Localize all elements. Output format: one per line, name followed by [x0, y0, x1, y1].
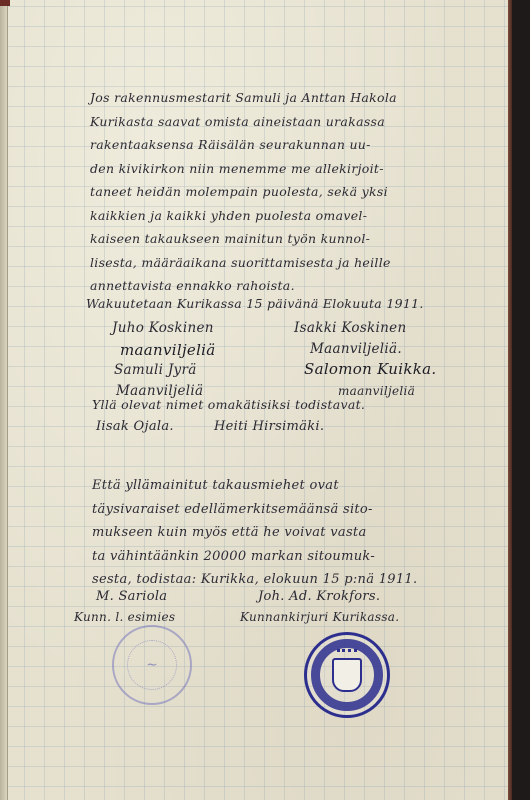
text-line: lisesta, määräaikana suorittamisesta ja … [90, 251, 397, 275]
signature-title: maanviljeliä [120, 341, 216, 359]
municipal-seal-stamp [304, 632, 390, 718]
text-line: Jos rakennusmestarit Samuli ja Anttan Ha… [90, 86, 397, 110]
text-line: mukseen kuin myös että he voivat vasta [92, 521, 417, 545]
official-signature-title: Kunn. l. esimies [74, 610, 175, 624]
paragraph-guarantee: Jos rakennusmestarit Samuli ja Anttan Ha… [90, 86, 397, 298]
place-date-line: Wakuutetaan Kurikassa 15 päivänä Elokuut… [86, 296, 424, 311]
witness-name: Heiti Hirsimäki. [214, 419, 324, 434]
book-cover [512, 0, 530, 800]
signature-name: Samuli Jyrä [114, 362, 197, 378]
text-line: Kurikasta saavat omista aineistaan uraka… [90, 110, 397, 134]
signature-title: maanviljeliä [338, 384, 415, 398]
text-line: ta vähintäänkin 20000 markan sitoumuk- [92, 545, 417, 569]
text-line: annettavista ennakko rahoista. [90, 274, 397, 298]
signature-name: Salomon Kuikka. [304, 360, 436, 378]
paragraph-certification: Että yllämainitut takausmiehet ovat täys… [92, 474, 417, 592]
signature-title: Maanviljeliä. [310, 341, 402, 357]
official-signature-name: M. Sariola [96, 589, 167, 604]
document-page: Jos rakennusmestarit Samuli ja Anttan Ha… [0, 0, 510, 800]
official-signature-name: Joh. Ad. Krokfors. [258, 589, 380, 604]
witness-name: Iisak Ojala. [96, 419, 174, 434]
text-line: Että yllämainitut takausmiehet ovat [92, 474, 417, 498]
text-line: taneet heidän molempain puolesta, sekä y… [90, 180, 397, 204]
seal-emblem-icon: ∼ [127, 640, 177, 690]
text-line: kaiseen takaukseen mainitun työn kunnol- [90, 227, 397, 251]
official-signature-title: Kunnankirjuri Kurikassa. [240, 610, 399, 624]
text-line: kaikkien ja kaikki yhden puolesta omavel… [90, 204, 397, 228]
page-binding [0, 0, 8, 800]
signature-name: Isakki Koskinen [294, 320, 406, 336]
signature-name: Juho Koskinen [112, 320, 214, 336]
text-line: täysivaraiset edellämerkitsemäänsä sito- [92, 498, 417, 522]
text-line: rakentaaksensa Räisälän seurakunnan uu- [90, 133, 397, 157]
witness-line: Yllä olevat nimet omakätisiksi todistava… [92, 397, 365, 412]
text-line: den kivikirkon niin menemme me allekirjo… [90, 157, 397, 181]
faint-seal-stamp: ∼ [112, 625, 192, 705]
binding-corner [0, 0, 10, 6]
text-line: sesta, todistaa: Kurikka, elokuun 15 p:n… [92, 568, 417, 592]
shield-icon [332, 658, 362, 692]
